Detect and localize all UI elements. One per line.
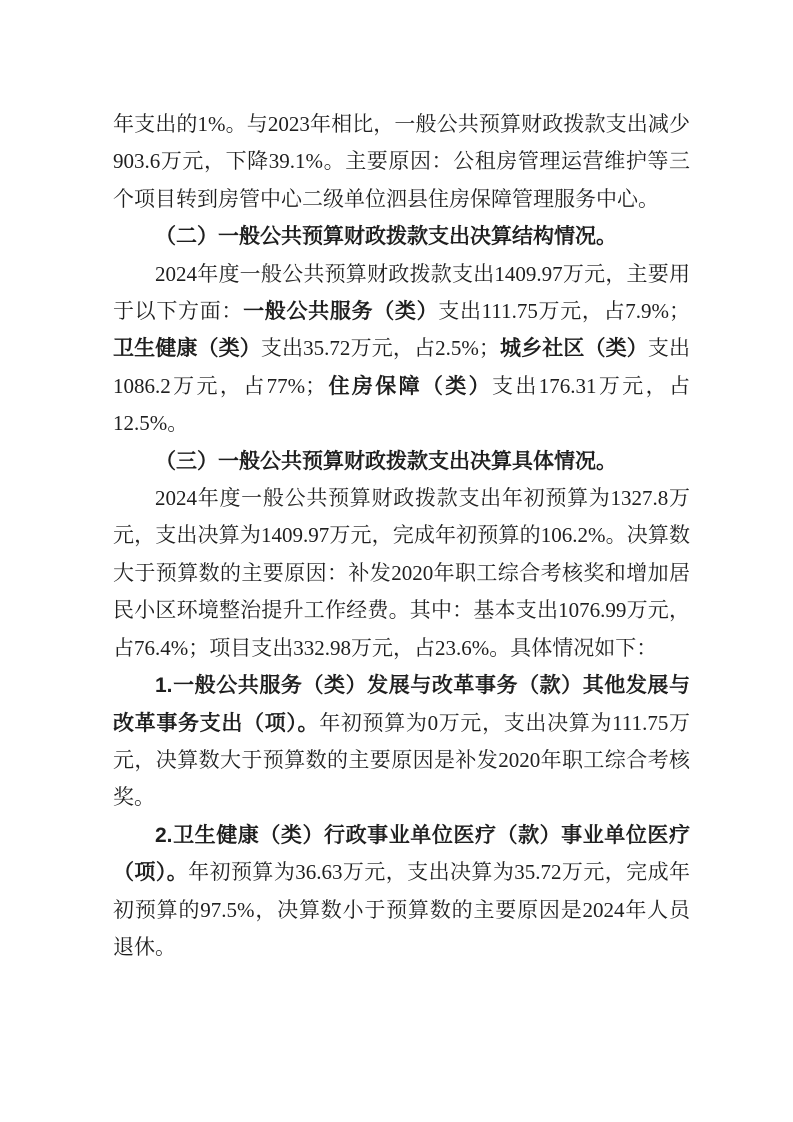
- paragraph: 2.卫生健康（类）行政事业单位医疗（款）事业单位医疗（项）。年初预算为36.63…: [113, 817, 690, 967]
- bold-text-run: 城乡社区（类）: [500, 337, 648, 360]
- bold-text-run: （二）一般公共预算财政拨款支出决算结构情况。: [155, 225, 617, 248]
- text-run: 支出35.72万元，占2.5%；: [261, 336, 500, 360]
- bold-text-run: （三）一般公共预算财政拨款支出决算具体情况。: [155, 450, 617, 473]
- section-heading: （二）一般公共预算财政拨款支出决算结构情况。: [113, 218, 690, 255]
- document-body: 年支出的1%。与2023年相比，一般公共预算财政拨款支出减少903.6万元，下降…: [113, 106, 690, 966]
- paragraph: 1.一般公共服务（类）发展与改革事务（款）其他发展与改革事务支出（项）。年初预算…: [113, 667, 690, 817]
- text-run: 年初预算为36.63万元，支出决算为35.72万元，完成年初预算的97.5%，决…: [113, 860, 690, 959]
- bold-text-run: 住房保障（类）: [326, 375, 492, 398]
- section-heading: （三）一般公共预算财政拨款支出决算具体情况。: [113, 443, 690, 480]
- paragraph: 2024年度一般公共预算财政拨款支出1409.97万元，主要用于以下方面：一般公…: [113, 256, 690, 443]
- document-page: 年支出的1%。与2023年相比，一般公共预算财政拨款支出减少903.6万元，下降…: [0, 0, 793, 1122]
- paragraph: 2024年度一般公共预算财政拨款支出年初预算为1327.8万元，支出决算为140…: [113, 480, 690, 667]
- paragraph: 年支出的1%。与2023年相比，一般公共预算财政拨款支出减少903.6万元，下降…: [113, 106, 690, 218]
- bold-text-run: 一般公共服务（类）: [243, 300, 438, 323]
- bold-text-run: 卫生健康（类）: [113, 337, 261, 360]
- text-run: 支出111.75万元，占7.9%；: [438, 299, 690, 323]
- text-run: 年支出的1%。与2023年相比，一般公共预算财政拨款支出减少903.6万元，下降…: [113, 112, 690, 211]
- text-run: 2024年度一般公共预算财政拨款支出年初预算为1327.8万元，支出决算为140…: [113, 486, 690, 660]
